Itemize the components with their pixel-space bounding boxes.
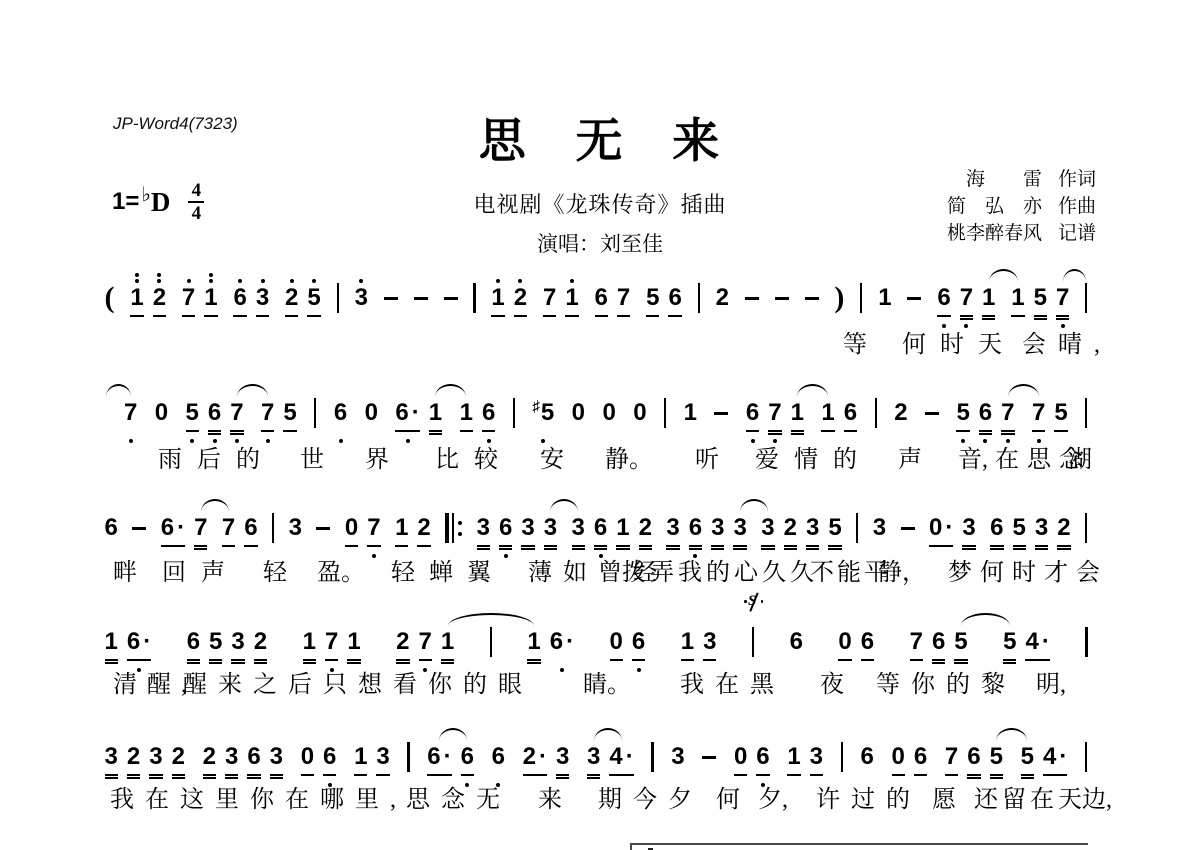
credit-role: 作词 bbox=[1058, 168, 1096, 191]
note-token: 5 bbox=[303, 268, 325, 335]
beam-group bbox=[1081, 612, 1092, 679]
note-token: 6 bbox=[329, 383, 351, 450]
lyric-segment: 边, bbox=[1082, 779, 1112, 814]
beam-group bbox=[379, 268, 402, 335]
lyric-segment: 静， bbox=[878, 552, 926, 587]
lyric-segment: 轻蝉翼 bbox=[391, 552, 505, 587]
lyric-segment: 等你的黎 bbox=[876, 664, 1016, 699]
lyric-segment: 静。 bbox=[605, 439, 653, 474]
dash-note bbox=[439, 268, 462, 335]
beam-group: 12 bbox=[126, 268, 171, 335]
lyric-segment: 梦何时才会 bbox=[948, 552, 1108, 587]
lyric-segment: 安 bbox=[540, 439, 564, 474]
beam-group: 3 bbox=[350, 268, 372, 335]
lyric-segment: 明, bbox=[1036, 664, 1066, 699]
beam-group: 71 bbox=[177, 268, 222, 335]
beam-group bbox=[800, 268, 823, 335]
lyric-segment: 畔 bbox=[113, 552, 137, 587]
note-token: 7 bbox=[612, 268, 634, 335]
beam-group: 3 bbox=[284, 498, 306, 565]
beam-group: ( bbox=[100, 268, 119, 335]
dash-note bbox=[409, 268, 432, 335]
beam-group: 12 bbox=[487, 268, 532, 335]
intro-paren: ( bbox=[100, 268, 119, 335]
beam-group: 67 bbox=[590, 268, 635, 335]
lyric-segment: 回声 bbox=[162, 552, 240, 587]
lyric-segment: 湖 bbox=[1068, 439, 1092, 474]
lyric-segment: 拨弄我的心久久 bbox=[622, 552, 818, 587]
beam-group bbox=[740, 268, 763, 335]
lyric-segment: 听 bbox=[695, 439, 719, 474]
dash-note bbox=[921, 383, 944, 450]
lyric-segment: 界 bbox=[365, 439, 389, 474]
dash-note bbox=[800, 268, 823, 335]
lyric-segment: 许过的 bbox=[816, 779, 921, 814]
credit-name: 海 雷 bbox=[966, 168, 1042, 191]
beam-group bbox=[921, 383, 944, 450]
lyric-segment: 夜 bbox=[820, 664, 844, 699]
lyric-segment: 期今夕 bbox=[598, 779, 703, 814]
beam-group: 1 bbox=[874, 268, 896, 335]
lyric-segment: 音, bbox=[958, 439, 988, 474]
barline bbox=[693, 268, 704, 335]
credit-composer: 简 弘 亦 作曲 bbox=[947, 195, 1096, 218]
beam-group: 56 bbox=[642, 268, 687, 335]
note-token: 1 bbox=[126, 268, 148, 335]
note-token: 3 bbox=[251, 268, 273, 335]
beam-group bbox=[770, 268, 793, 335]
credit-name: 简 弘 亦 bbox=[947, 195, 1042, 218]
note-token: 1 bbox=[200, 268, 222, 335]
lyric-segment: 等 bbox=[843, 324, 867, 359]
key-letter: D bbox=[151, 187, 171, 218]
note-token: 2 bbox=[509, 268, 531, 335]
lyric-segment: 爱情的 bbox=[755, 439, 872, 474]
footer-partial-box bbox=[630, 843, 1088, 850]
sheet-music-page: JP-Word4(7323) 思 无 来 电视剧《龙珠传奇》插曲 演唱：刘至佳 … bbox=[0, 0, 1200, 850]
lyric-segment: 何 bbox=[716, 779, 740, 814]
credit-lyricist: 海 雷 作词 bbox=[947, 168, 1096, 191]
note-token: 7 bbox=[538, 268, 560, 335]
meter-denominator: 4 bbox=[192, 204, 202, 223]
credit-role: 记谱 bbox=[1058, 222, 1096, 245]
lyric-segment: 夕, bbox=[758, 779, 788, 814]
note-token: 1 bbox=[874, 268, 896, 335]
note-token: 5 bbox=[642, 268, 664, 335]
beam-group bbox=[469, 268, 480, 335]
credits-block: 海 雷 作词 简 弘 亦 作曲 桃李醉春风 记谱 bbox=[947, 168, 1096, 245]
credit-transcriber: 桃李醉春风 记谱 bbox=[947, 222, 1096, 245]
beam-group bbox=[409, 268, 432, 335]
beam-group bbox=[660, 383, 671, 450]
beam-group bbox=[439, 268, 462, 335]
song-title: 思 无 来 bbox=[0, 104, 1200, 171]
dash-note bbox=[740, 268, 763, 335]
note-token: 2 bbox=[148, 268, 170, 335]
beam-group bbox=[332, 268, 343, 335]
lyric-segment: 醒来之后只想看你的眼 bbox=[183, 664, 533, 699]
beam-group: 6 bbox=[329, 383, 351, 450]
sharp-icon: ♯ bbox=[532, 398, 540, 415]
dash-note bbox=[770, 268, 793, 335]
note-token: 6 bbox=[229, 268, 251, 335]
meter-numerator: 4 bbox=[192, 181, 202, 200]
lyric-segment: 我在这里你在哪里, bbox=[110, 779, 407, 814]
note-token: 6 bbox=[785, 612, 807, 679]
note-token: 2 bbox=[281, 268, 303, 335]
beam-group bbox=[693, 268, 704, 335]
note-token: 6· bbox=[545, 612, 578, 679]
note-token: 0 bbox=[567, 383, 589, 450]
slur-arc bbox=[448, 613, 534, 626]
lyric-segment: 世 bbox=[300, 439, 324, 474]
flat-icon: ♭ bbox=[141, 182, 150, 207]
barline bbox=[332, 268, 343, 335]
beam-group: 0 bbox=[567, 383, 589, 450]
lyric-segment: 思念无 bbox=[406, 779, 511, 814]
beam-group: 63 bbox=[229, 268, 274, 335]
note-token: 3 bbox=[284, 498, 306, 565]
barline bbox=[1081, 612, 1092, 679]
lyric-segment: 盈。 bbox=[317, 552, 365, 587]
lyric-segment: 何时天 bbox=[902, 324, 1016, 359]
lyric-segment: 我在黑 bbox=[680, 664, 785, 699]
note-token: 6 bbox=[240, 498, 262, 565]
note-token: 1 bbox=[487, 268, 509, 335]
segno-icon: S bbox=[746, 593, 760, 613]
beam-group: 2 bbox=[711, 268, 733, 335]
lyric-segment: 声 bbox=[898, 439, 922, 474]
barline bbox=[469, 268, 480, 335]
lyric-segment: 愿 bbox=[932, 779, 956, 814]
note-token: 7 bbox=[177, 268, 199, 335]
key-prefix: 1= bbox=[112, 188, 139, 216]
credit-role: 作曲 bbox=[1058, 195, 1096, 218]
beam-group: 25 bbox=[281, 268, 326, 335]
lyric-segment: 比较 bbox=[435, 439, 513, 474]
dash-note bbox=[379, 268, 402, 335]
note-token: 5 bbox=[279, 383, 301, 450]
note-token: 6 bbox=[664, 268, 686, 335]
credit-name: 桃李醉春风 bbox=[947, 222, 1042, 245]
note-token: 2 bbox=[711, 268, 733, 335]
lyric-segment: 会晴, bbox=[1022, 324, 1112, 359]
key-signature: 1= ♭ D 4 4 bbox=[112, 181, 206, 223]
note-token: 3 bbox=[350, 268, 372, 335]
lyric-segment: 睛。 bbox=[583, 664, 631, 699]
lyric-segment: 雨后的 bbox=[158, 439, 275, 474]
note-token: 1 bbox=[561, 268, 583, 335]
note-token: 7 bbox=[363, 498, 385, 565]
beam-group: 71 bbox=[538, 268, 583, 335]
time-signature: 4 4 bbox=[186, 181, 206, 223]
lyric-segment: 还留在天 bbox=[974, 779, 1086, 814]
lyric-segment: 来 bbox=[538, 779, 562, 814]
beam-group: 6 bbox=[785, 612, 807, 679]
note-token: 6 bbox=[590, 268, 612, 335]
barline bbox=[660, 383, 671, 450]
note-token: 6· bbox=[391, 383, 424, 450]
lyric-segment: 轻 bbox=[263, 552, 287, 587]
